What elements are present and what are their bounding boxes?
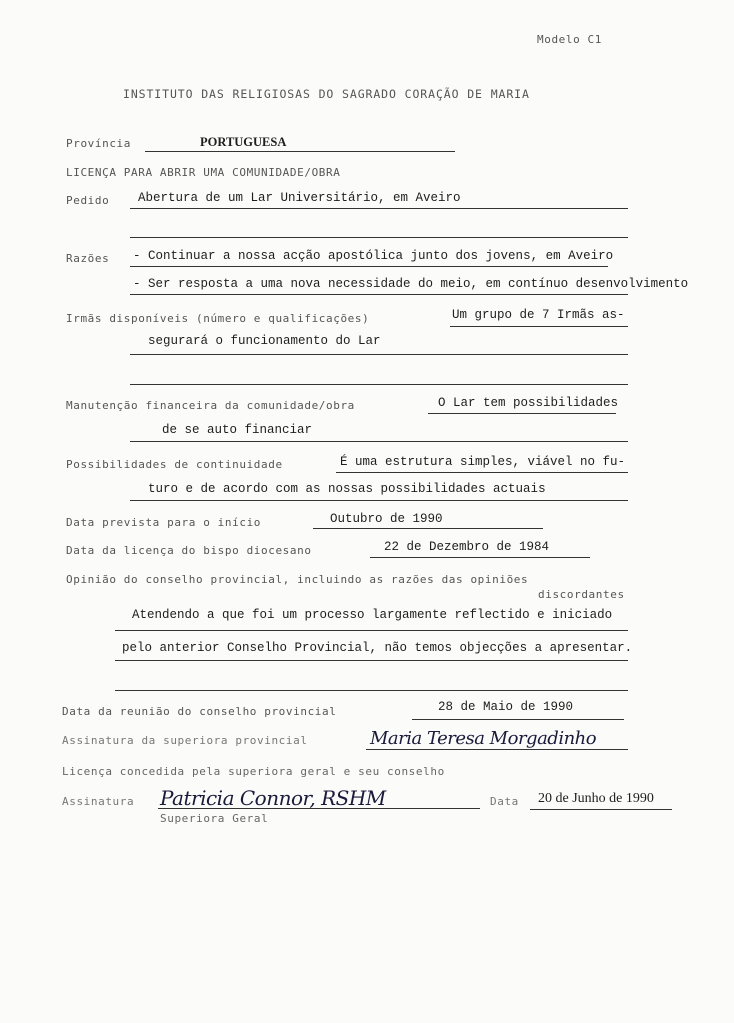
institute-title: INSTITUTO DAS RELIGIOSAS DO SAGRADO CORA… — [123, 87, 530, 101]
continuidade-line-1 — [336, 472, 628, 473]
assinatura-provincial-label: Assinatura da superiora provincial — [62, 734, 308, 747]
data-inicio-value: Outubro de 1990 — [330, 512, 443, 526]
irmas-line-2-text: segurará o funcionamento do Lar — [148, 334, 381, 348]
data-geral-label: Data — [490, 795, 519, 808]
continuidade-line-2-text: turo e de acordo com as nossas possibili… — [148, 482, 546, 496]
licenca-geral-text: Licença concedida pela superiora geral e… — [62, 765, 445, 778]
razoes-line-2 — [130, 294, 628, 295]
razoes-line-1-text: - Continuar a nossa acção apostólica jun… — [133, 249, 613, 263]
pedido-value: Abertura de um Lar Universitário, em Ave… — [138, 191, 461, 205]
pedido-label: Pedido — [66, 194, 109, 207]
superiora-geral-role: Superiora Geral — [160, 812, 268, 825]
data-bispo-line — [370, 557, 590, 558]
manutencao-line-1-text: O Lar tem possibilidades — [438, 396, 618, 410]
data-reuniao-label: Data da reunião do conselho provincial — [62, 705, 336, 718]
opiniao-line-2 — [115, 660, 628, 661]
manutencao-line-2-text: de se auto financiar — [162, 423, 312, 437]
opiniao-line-2-text: pelo anterior Conselho Provincial, não t… — [122, 641, 632, 655]
assinatura-geral-label: Assinatura — [62, 795, 134, 808]
razoes-label: Razões — [66, 252, 109, 265]
continuidade-label: Possibilidades de continuidade — [66, 458, 283, 471]
data-geral-value: 20 de Junho de 1990 — [538, 791, 654, 807]
pedido-line-2 — [130, 237, 628, 238]
assinatura-geral-signature: Patricia Connor, RSHM — [160, 786, 386, 810]
license-title: LICENÇA PARA ABRIR UMA COMUNIDADE/OBRA — [66, 166, 340, 179]
provincia-label: Província — [66, 137, 131, 150]
data-reuniao-value: 28 de Maio de 1990 — [438, 700, 573, 714]
opiniao-line-1 — [115, 630, 628, 631]
data-inicio-line — [313, 528, 543, 529]
irmas-line-2 — [130, 354, 628, 355]
data-reuniao-line — [412, 719, 624, 720]
irmas-line-1-text: Um grupo de 7 Irmãs as- — [452, 308, 625, 322]
opiniao-line-1-text: Atendendo a que foi um processo largamen… — [132, 608, 612, 622]
opiniao-label-2: discordantes — [538, 588, 625, 601]
assinatura-provincial-signature: Maria Teresa Morgadinho — [370, 728, 596, 749]
irmas-line-1 — [450, 326, 628, 327]
provincia-value: PORTUGUESA — [200, 135, 286, 150]
data-geral-line — [530, 809, 672, 810]
irmas-label: Irmãs disponíveis (número e qualificaçõe… — [66, 312, 369, 325]
data-bispo-value: 22 de Dezembro de 1984 — [384, 540, 549, 554]
irmas-line-3 — [130, 384, 628, 385]
assinatura-geral-line — [158, 808, 480, 809]
opiniao-line-3 — [115, 690, 628, 691]
razoes-line-2-text: - Ser resposta a uma nova necessidade do… — [133, 277, 688, 291]
continuidade-line-2 — [130, 500, 628, 501]
continuidade-line-1-text: É uma estrutura simples, viável no fu- — [340, 455, 625, 469]
model-code: Modelo C1 — [537, 33, 602, 46]
opiniao-label: Opinião do conselho provincial, incluind… — [66, 573, 528, 586]
data-bispo-label: Data da licença do bispo diocesano — [66, 544, 312, 557]
data-inicio-label: Data prevista para o início — [66, 516, 261, 529]
assinatura-provincial-line — [366, 749, 628, 750]
manutencao-label: Manutenção financeira da comunidade/obra — [66, 399, 355, 412]
razoes-line-1 — [130, 266, 608, 267]
provincia-line — [145, 151, 455, 152]
pedido-line-1 — [130, 208, 628, 209]
manutencao-line-2 — [130, 441, 628, 442]
manutencao-line-1 — [428, 413, 616, 414]
